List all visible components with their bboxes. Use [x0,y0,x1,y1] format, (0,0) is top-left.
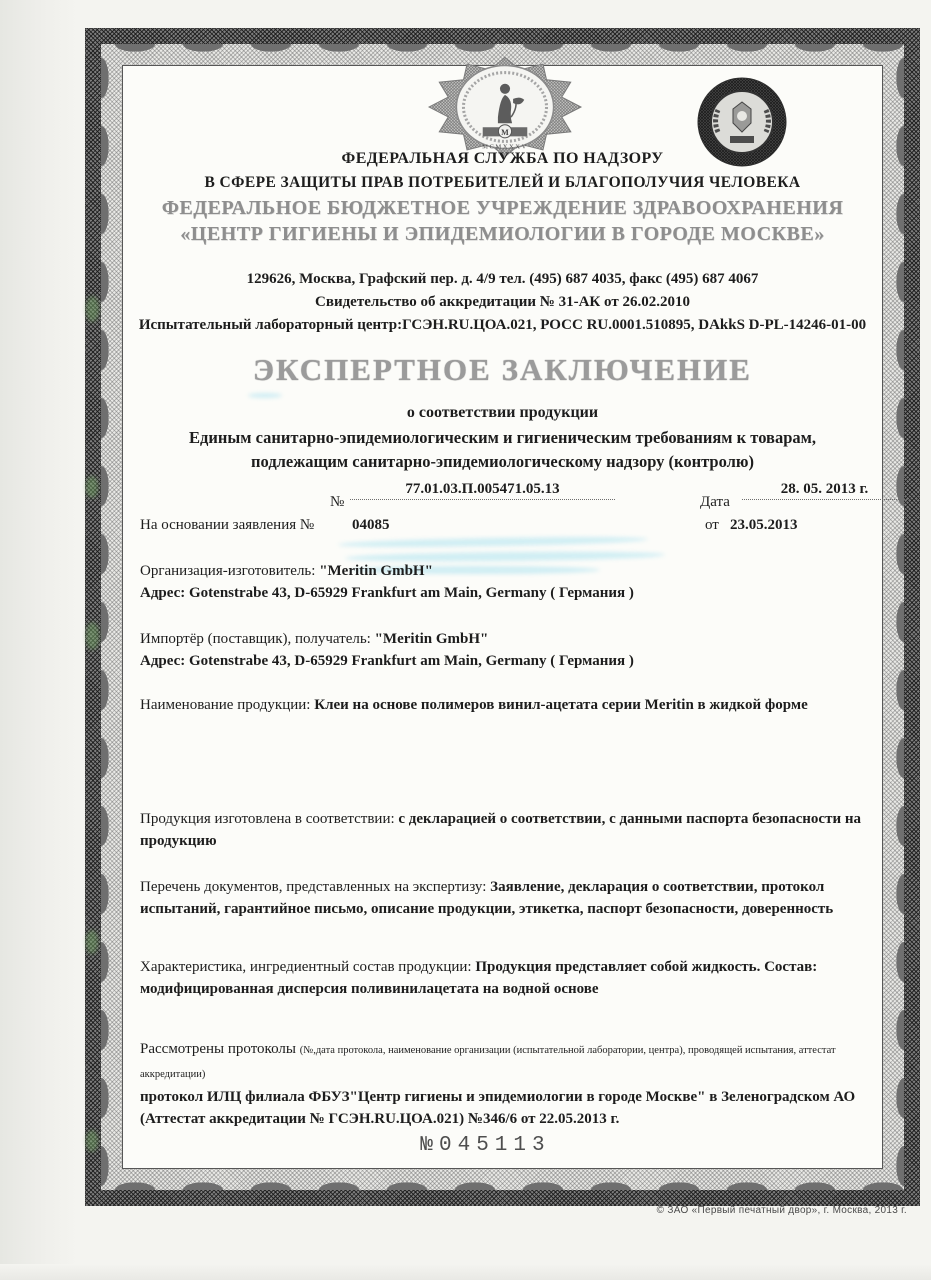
registration-number-value: 77.01.03.П.005471.05.13 [350,481,615,500]
number-label: № [330,494,344,511]
manufacturer-label: Организация-изготовитель: [140,563,315,579]
svg-text:M: M [501,128,509,137]
application-date-value: 23.05.2013 [730,517,798,534]
document-title: ЭКСПЕРТНОЕ ЗАКЛЮЧЕНИЕ [85,352,920,388]
protocols-line: Рассмотрены протоколы (№,дата протокола,… [140,1038,888,1130]
product-value: Клеи на основе полимеров винил-ацетата с… [314,697,808,713]
address-line: 129626, Москва, Графский пер. д. 4/9 тел… [85,271,920,288]
border-wave-bottom [101,1177,904,1190]
cyan-smudge-artifact [248,393,282,398]
product-label: Наименование продукции: [140,697,310,713]
from-label: от [705,517,719,534]
conformity-label: Продукция изготовлена в соответствии: [140,811,395,827]
conformity-line: Продукция изготовлена в соответствии: с … [140,808,888,852]
characteristics-label: Характеристика, ингредиентный состав про… [140,959,472,975]
certificate-serial-number: №045113 [20,1134,931,1157]
characteristics-line: Характеристика, ингредиентный состав про… [140,956,888,1000]
scanned-certificate-page: { "header": { "agency_line1": "ФЕДЕРАЛЬН… [0,0,931,1280]
manufacturer-value: "Meritin GmbH" [319,563,433,579]
hygieia-rosette-emblem-icon: M MCMXXXV [424,52,586,162]
agency-name-line2: В СФЕРЕ ЗАЩИТЫ ПРАВ ПОТРЕБИТЕЛЕЙ И БЛАГО… [85,174,920,192]
title-subline1: о соответствии продукции [85,404,920,422]
institution-name-line1: ФЕДЕРАЛЬНОЕ БЮДЖЕТНОЕ УЧРЕЖДЕНИЕ ЗДРАВОО… [85,197,920,220]
scanner-edge-shade [0,0,78,1280]
green-mark-artifact [86,476,98,498]
manufacturer-line: Организация-изготовитель: "Meritin GmbH" [140,560,888,582]
accreditation-line: Свидетельство об аккредитации № 31-АК от… [85,294,920,311]
application-number-value: 04085 [352,517,390,534]
protocols-value: протокол ИЛЦ филиала ФБУЗ"Центр гигиены … [140,1086,888,1130]
importer-label: Импортёр (поставщик), получатель: [140,631,371,647]
printer-copyright: © ЗАО «Первый печатный двор», г. Москва,… [657,1205,907,1216]
green-mark-artifact [86,930,98,954]
documents-label: Перечень документов, представленных на э… [140,879,486,895]
product-name-line: Наименование продукции: Клеи на основе п… [140,694,888,716]
date-value: 28. 05. 2013 г. [742,481,907,500]
manufacturer-address: Адрес: Gotenstrabe 43, D-65929 Frankfurt… [140,582,888,604]
application-label: На основании заявления № [140,517,314,534]
lab-center-line: Испытательный лабораторный центр:ГСЭН.RU… [85,317,920,334]
title-subline3: подлежащим санитарно-эпидемиологическому… [85,452,920,472]
documents-line: Перечень документов, представленных на э… [140,876,888,920]
institution-name-line2: «ЦЕНТР ГИГИЕНЫ И ЭПИДЕМИОЛОГИИ В ГОРОДЕ … [85,223,920,246]
importer-address: Адрес: Gotenstrabe 43, D-65929 Frankfurt… [140,650,888,672]
protocols-label: Рассмотрены протоколы [140,1041,296,1057]
scanner-bottom-shade [0,1264,931,1280]
title-subline2: Единым санитарно-эпидемиологическим и ги… [85,428,920,448]
green-mark-artifact [86,622,99,650]
agency-name-line1: ФЕДЕРАЛЬНАЯ СЛУЖБА ПО НАДЗОРУ [85,150,920,168]
importer-value: "Meritin GmbH" [375,631,489,647]
date-label: Дата [700,494,730,511]
importer-line: Импортёр (поставщик), получатель: "Merit… [140,628,888,650]
